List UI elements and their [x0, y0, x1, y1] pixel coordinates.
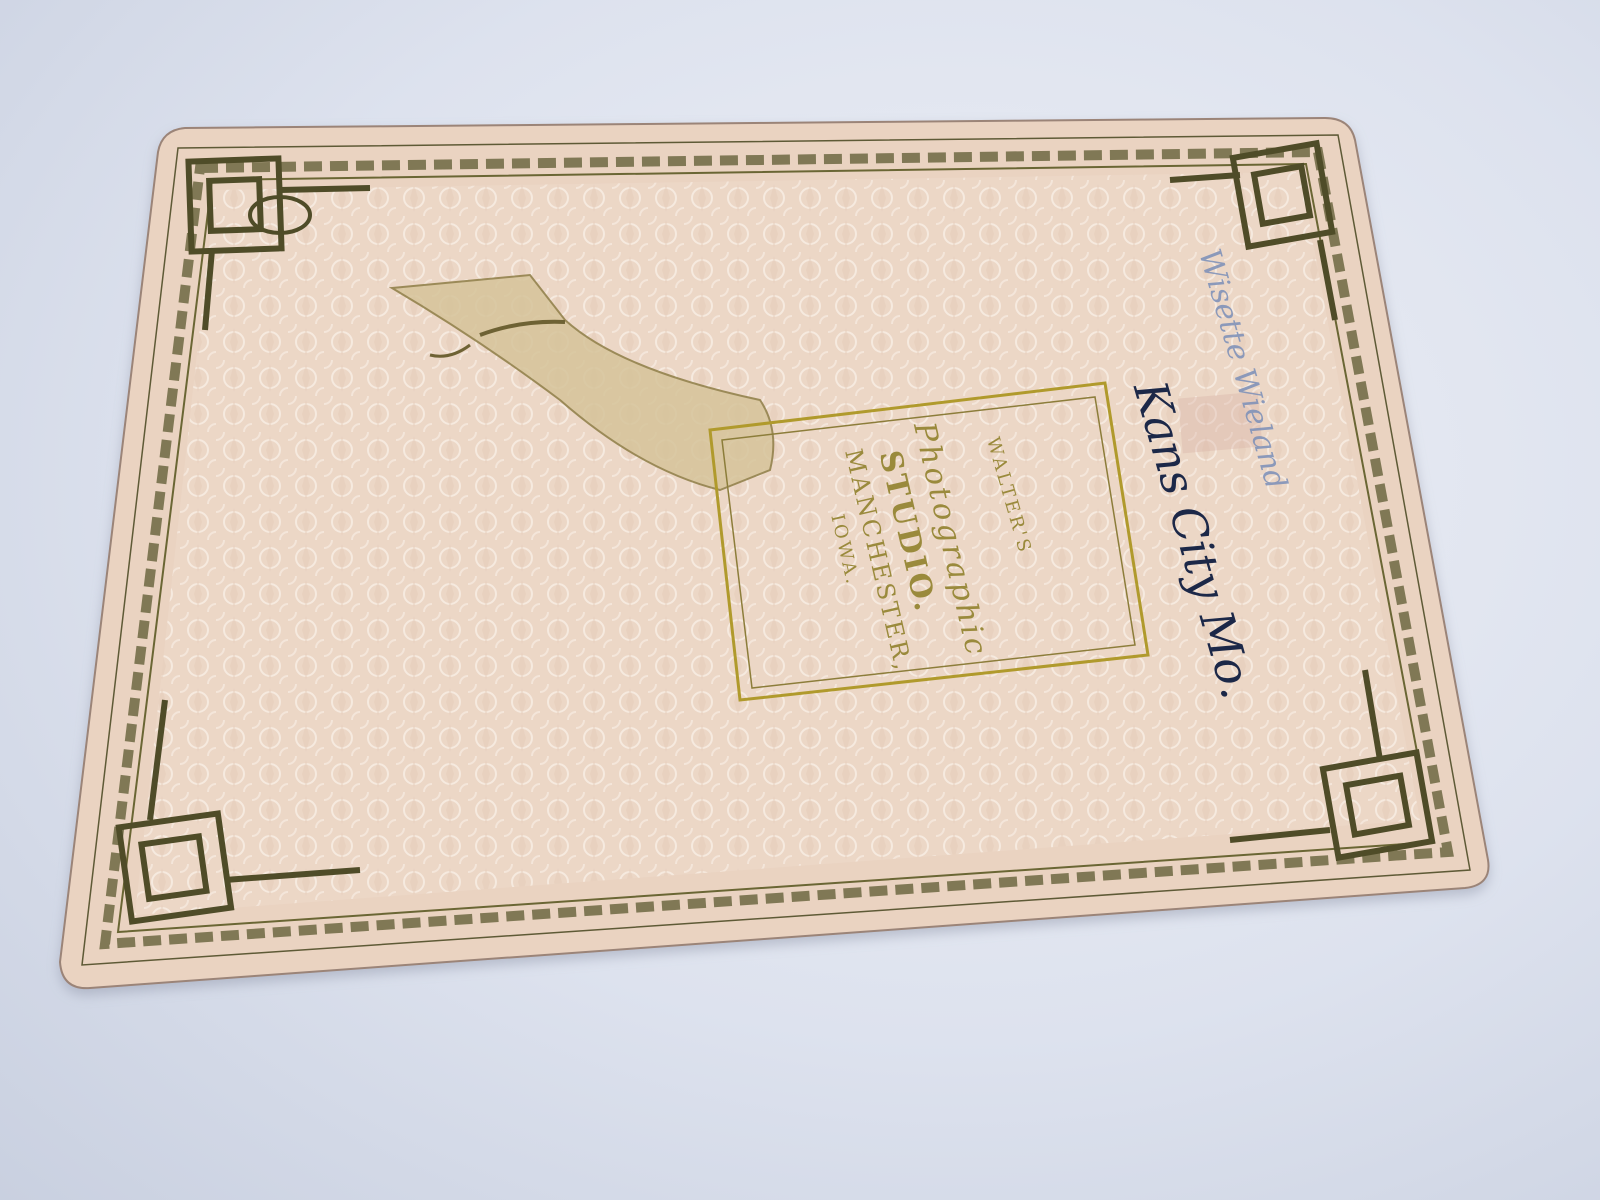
lace-field [135, 172, 1420, 915]
cabinet-card [0, 0, 1600, 1200]
